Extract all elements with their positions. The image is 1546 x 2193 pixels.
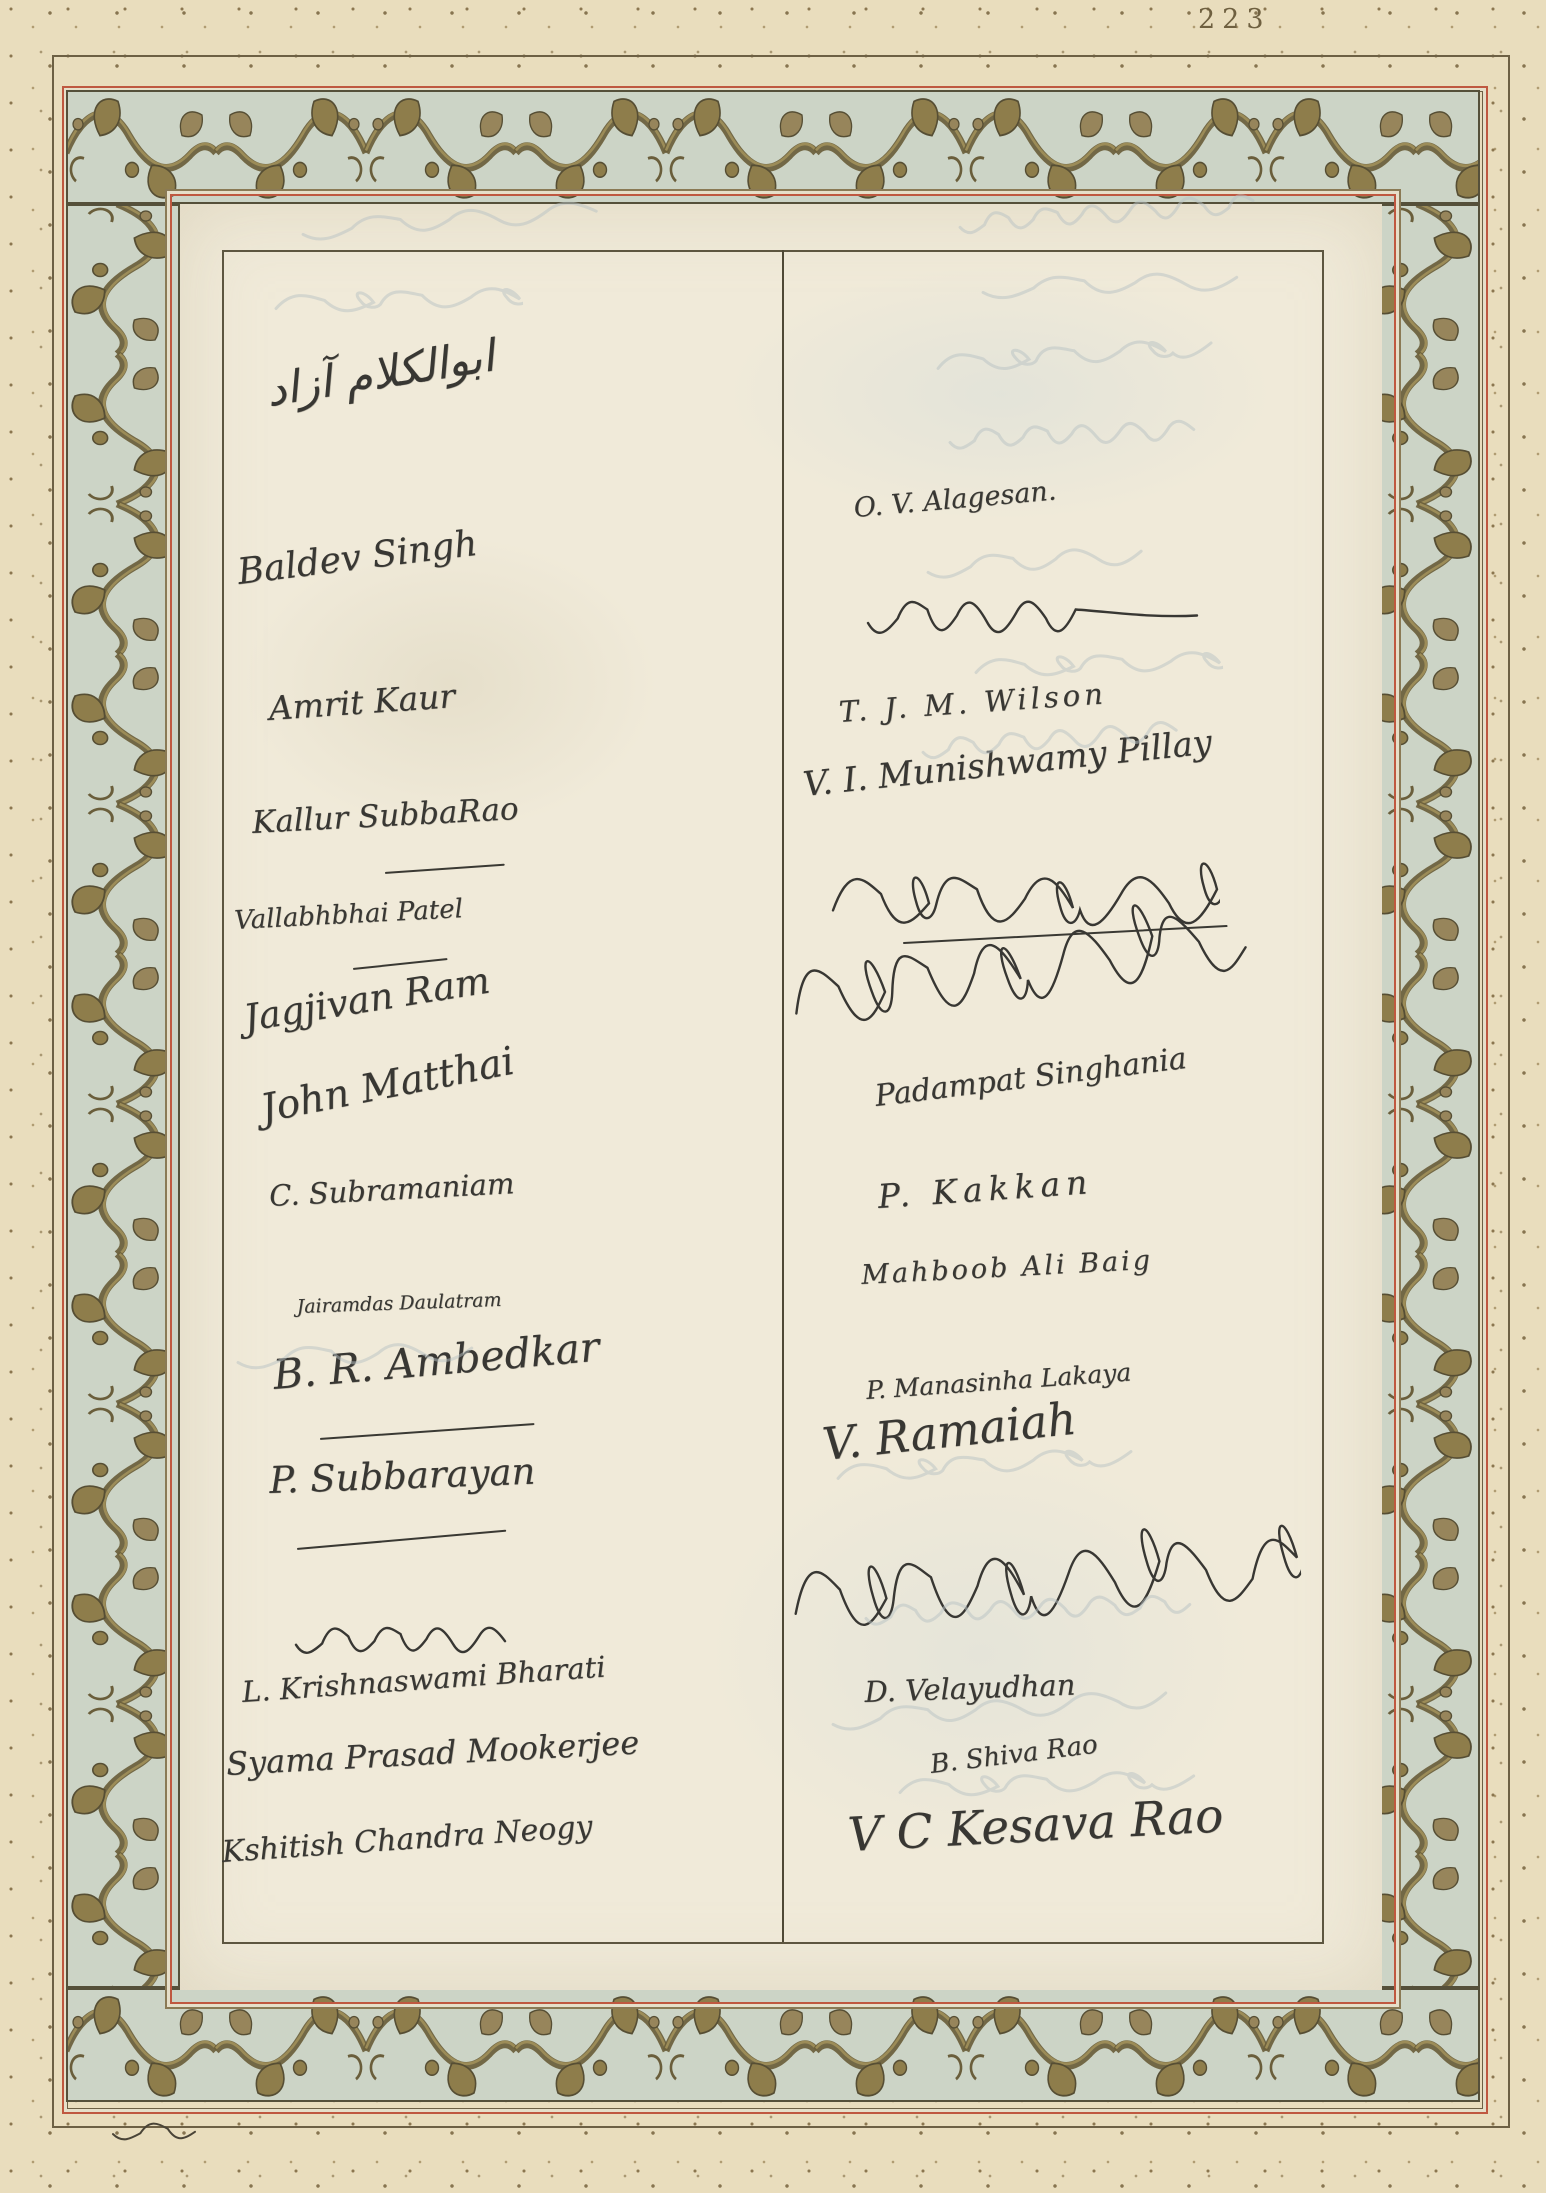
border-foliage-strip [66, 90, 1480, 204]
ghost-signature [299, 195, 601, 250]
artist-inscription [110, 2118, 198, 2148]
page-number: 223 [1198, 4, 1271, 35]
border-foliage-strip [66, 1988, 1480, 2102]
column-divider [782, 250, 784, 1942]
signature-flourish [865, 592, 1200, 646]
signature-flourish [293, 1620, 508, 1664]
signature: P. Subbarayan [269, 1453, 536, 1499]
manuscript-scan: 223 ابوالکلام آزادBaldev SinghAmrit Kaur… [0, 0, 1546, 2193]
border-foliage-strip [66, 204, 180, 1988]
manuscript-page: ابوالکلام آزادBaldev SinghAmrit KaurKall… [180, 204, 1382, 1990]
